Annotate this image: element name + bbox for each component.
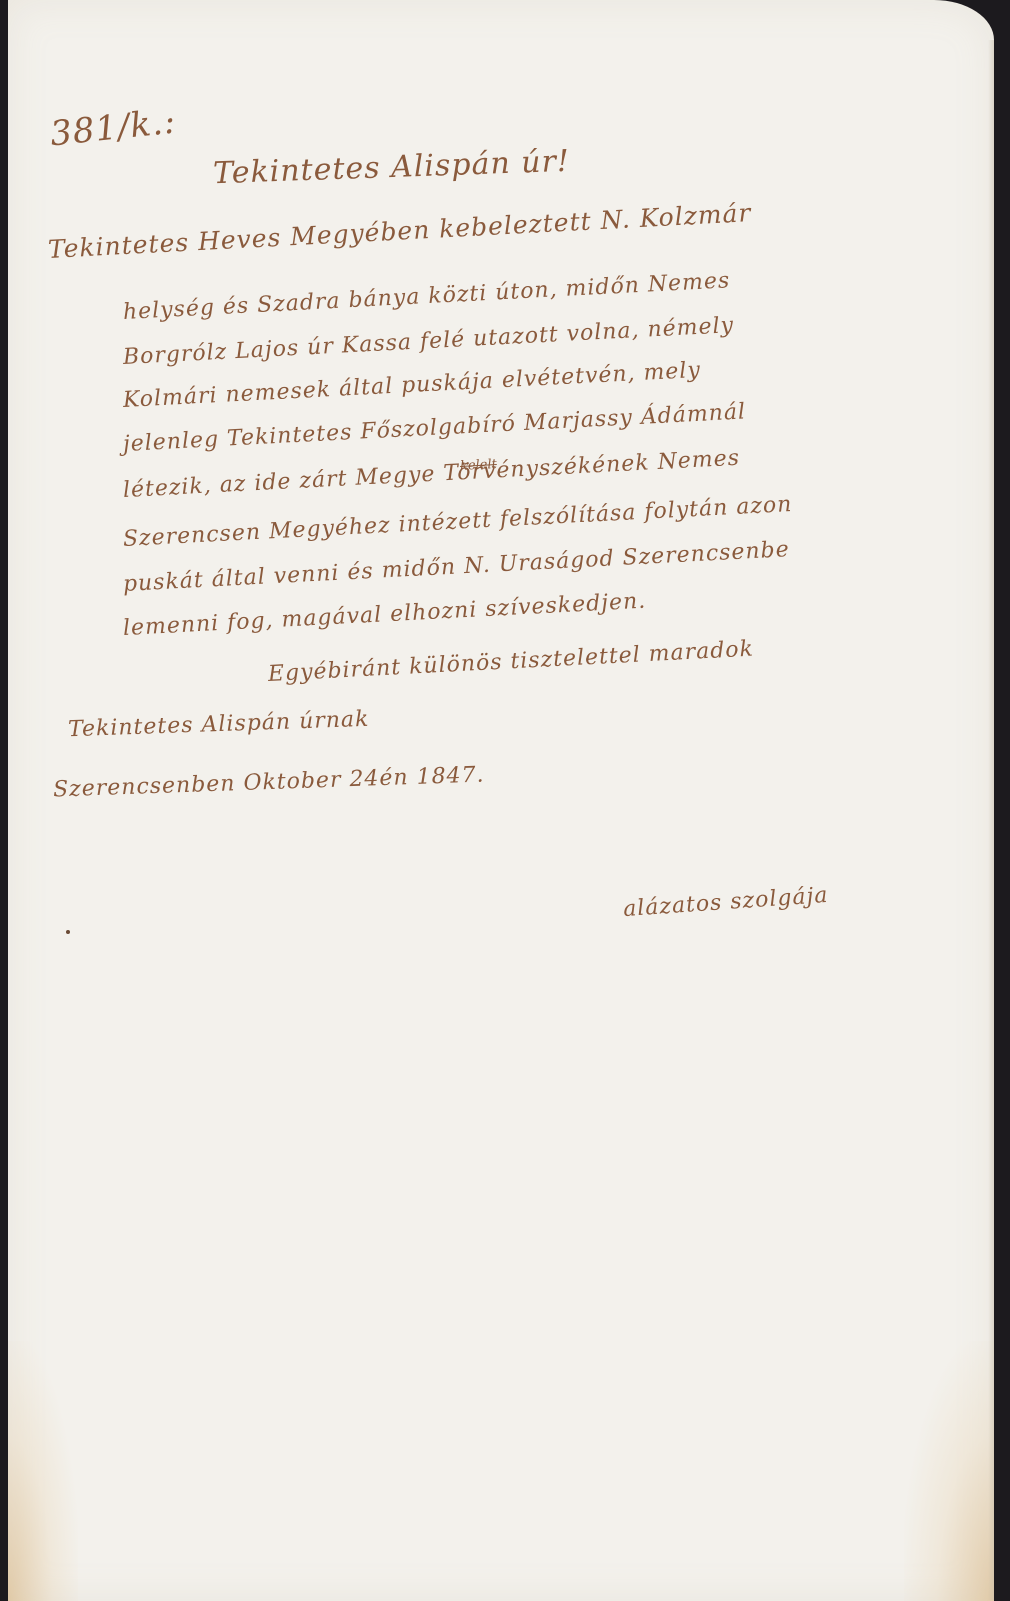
- place-and-date: Szerencsenben Oktober 24én 1847.: [53, 762, 485, 802]
- age-stain-bottom-right: [904, 1341, 994, 1601]
- signature: alázatos szolgája: [622, 883, 829, 922]
- body-line-2: helység és Szadra bánya közti úton, midő…: [122, 268, 730, 325]
- ink-dot: [66, 930, 70, 934]
- body-line-9: lemenni fog, magával elhozni szíveskedje…: [122, 589, 646, 641]
- age-stain-bottom-left: [8, 1341, 78, 1601]
- body-line-4: Kolmári nemesek által puskája elvétetvén…: [122, 358, 701, 413]
- salutation: Tekintetes Alispán úr!: [212, 144, 570, 191]
- manuscript-page: 381/k.: Tekintetes Alispán úr! Tekintete…: [8, 0, 994, 1601]
- body-line-6: létezik, az ide zárt Megye Törvényszékén…: [122, 446, 740, 503]
- reference-number: 381/k.:: [48, 102, 178, 155]
- paper-edge: [988, 40, 994, 1600]
- closing-address: Tekintetes Alispán úrnak: [68, 707, 370, 743]
- body-line-10: Egyébiránt különös tisztelettel maradok: [267, 637, 754, 687]
- body-line-1: Tekintetes Heves Megyében kebeleztett N.…: [47, 198, 752, 264]
